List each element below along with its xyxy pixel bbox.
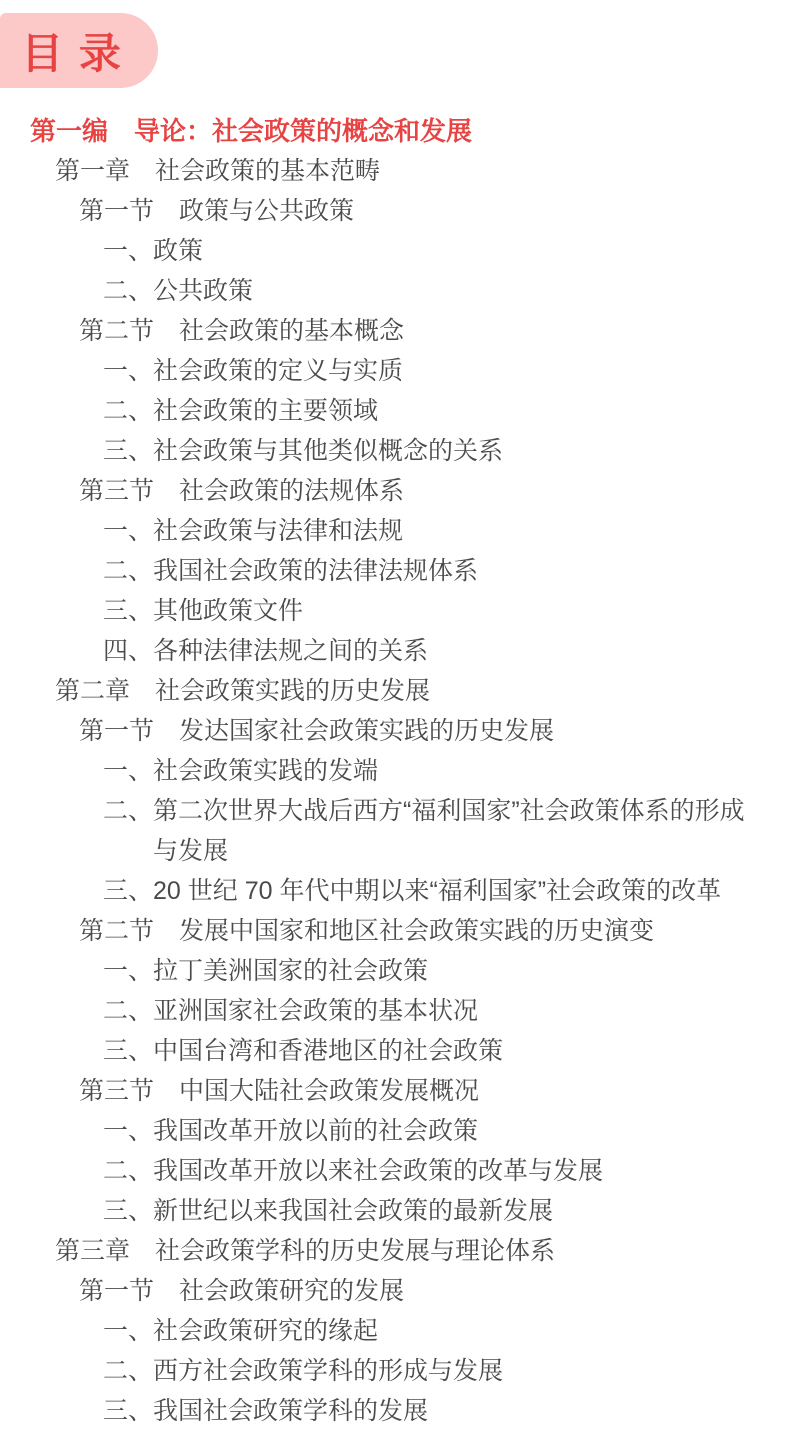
toc-section-entry[interactable]: 第一节 社会政策研究的发展 (0, 1271, 790, 1311)
toc-section-entry[interactable]: 第二节 社会政策的基本概念 (0, 311, 790, 351)
toc-item-entry[interactable]: 三、其他政策文件 (0, 591, 790, 631)
toc-item-entry[interactable]: 二、我国改革开放以来社会政策的改革与发展 (0, 1151, 790, 1191)
toc-list: 第一编 导论：社会政策的概念和发展第一章 社会政策的基本范畴第一节 政策与公共政… (0, 111, 790, 1430)
toc-item-entry[interactable]: 一、我国改革开放以前的社会政策 (0, 1111, 790, 1151)
toc-item-entry[interactable]: 一、社会政策与法律和法规 (0, 511, 790, 551)
toc-item-entry[interactable]: 二、亚洲国家社会政策的基本状况 (0, 991, 790, 1031)
toc-entry-continuation[interactable]: 与发展 (0, 831, 790, 871)
toc-item-entry[interactable]: 二、第二次世界大战后西方“福利国家”社会政策体系的形成 (0, 791, 790, 831)
toc-title: 目 录 (21, 21, 123, 81)
toc-item-entry[interactable]: 三、我国社会政策学科的发展 (0, 1391, 790, 1430)
toc-item-entry[interactable]: 二、社会政策的主要领域 (0, 391, 790, 431)
toc-item-entry[interactable]: 四、各种法律法规之间的关系 (0, 631, 790, 671)
toc-item-entry[interactable]: 三、社会政策与其他类似概念的关系 (0, 431, 790, 471)
toc-chapter-entry[interactable]: 第一章 社会政策的基本范畴 (0, 151, 790, 191)
toc-item-entry[interactable]: 一、政策 (0, 231, 790, 271)
toc-item-entry[interactable]: 三、中国台湾和香港地区的社会政策 (0, 1031, 790, 1071)
toc-item-entry[interactable]: 三、新世纪以来我国社会政策的最新发展 (0, 1191, 790, 1231)
toc-chapter-entry[interactable]: 第二章 社会政策实践的历史发展 (0, 671, 790, 711)
toc-title-badge: 目 录 (0, 13, 158, 88)
toc-item-entry[interactable]: 三、20 世纪 70 年代中期以来“福利国家”社会政策的改革 (0, 871, 790, 911)
toc-item-entry[interactable]: 二、我国社会政策的法律法规体系 (0, 551, 790, 591)
toc-section-entry[interactable]: 第三节 中国大陆社会政策发展概况 (0, 1071, 790, 1111)
toc-section-entry[interactable]: 第一节 政策与公共政策 (0, 191, 790, 231)
toc-section-entry[interactable]: 第一节 发达国家社会政策实践的历史发展 (0, 711, 790, 751)
toc-chapter-entry[interactable]: 第三章 社会政策学科的历史发展与理论体系 (0, 1231, 790, 1271)
toc-item-entry[interactable]: 一、社会政策研究的缘起 (0, 1311, 790, 1351)
toc-section-entry[interactable]: 第二节 发展中国家和地区社会政策实践的历史演变 (0, 911, 790, 951)
toc-item-entry[interactable]: 一、社会政策实践的发端 (0, 751, 790, 791)
toc-item-entry[interactable]: 二、西方社会政策学科的形成与发展 (0, 1351, 790, 1391)
toc-part-heading[interactable]: 第一编 导论：社会政策的概念和发展 (0, 111, 790, 151)
toc-item-entry[interactable]: 一、社会政策的定义与实质 (0, 351, 790, 391)
toc-item-entry[interactable]: 一、拉丁美洲国家的社会政策 (0, 951, 790, 991)
toc-item-entry[interactable]: 二、公共政策 (0, 271, 790, 311)
toc-section-entry[interactable]: 第三节 社会政策的法规体系 (0, 471, 790, 511)
